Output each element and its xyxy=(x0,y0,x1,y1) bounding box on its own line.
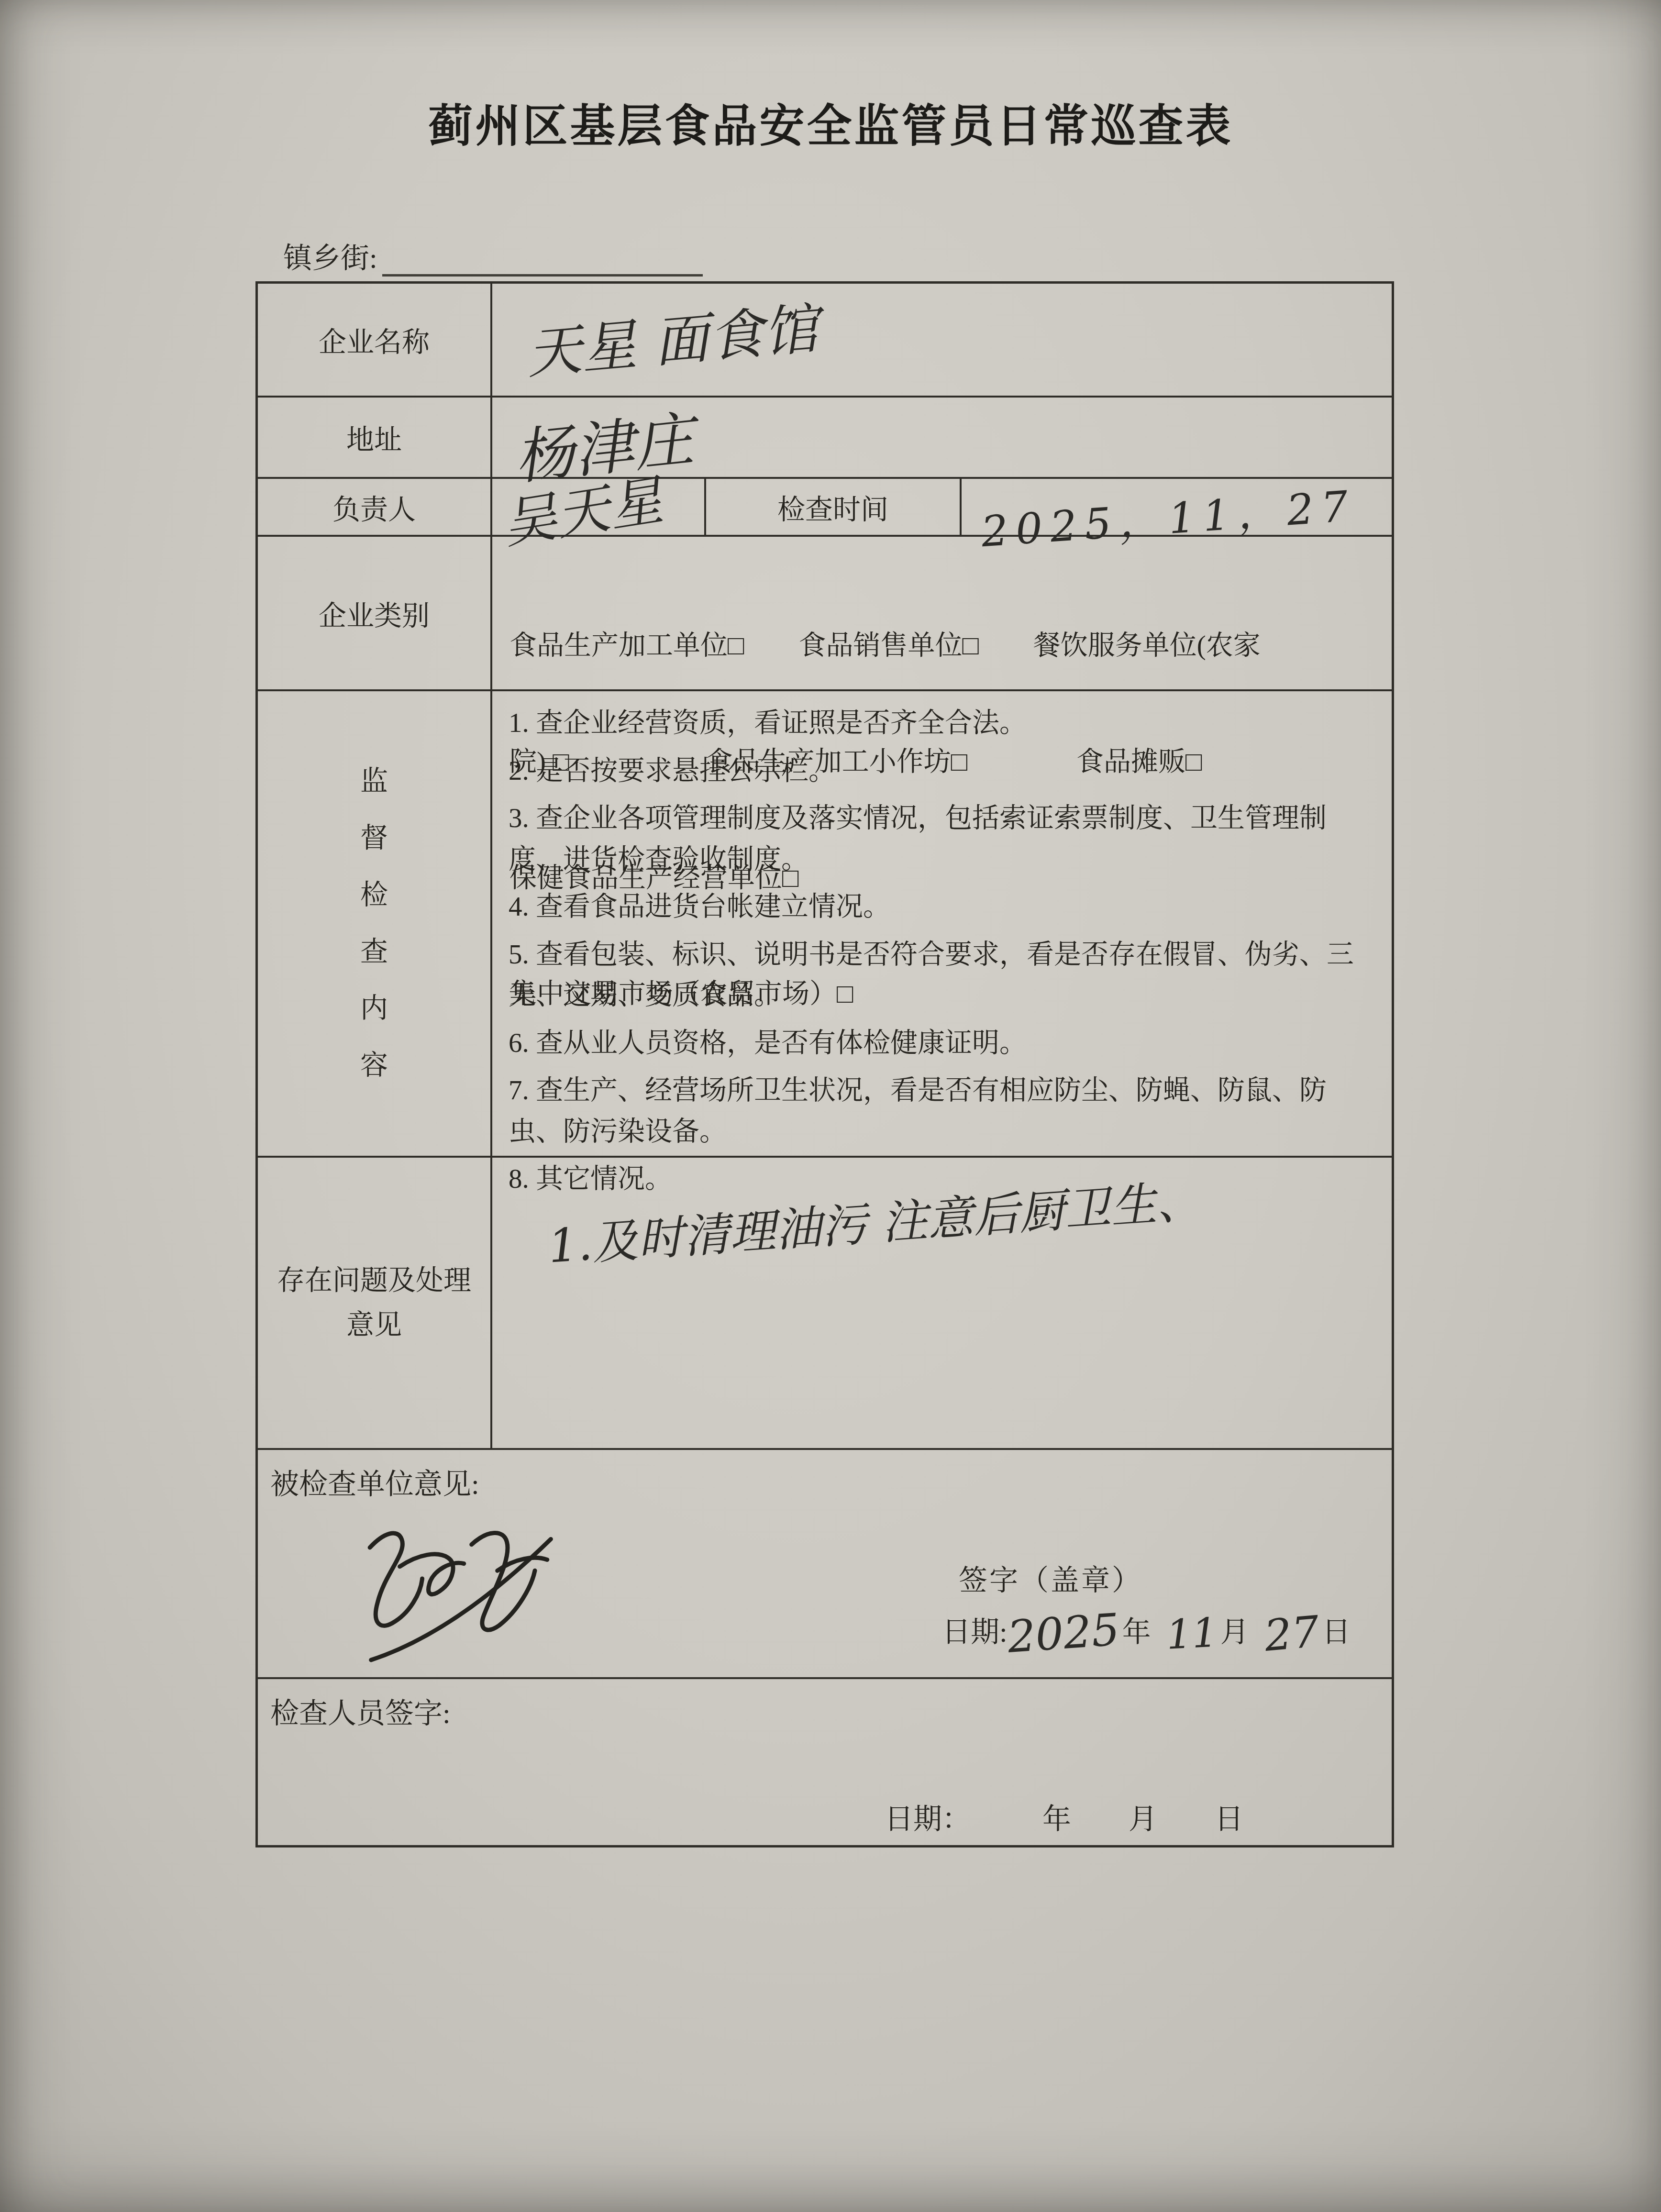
category-label: 企业类别 xyxy=(258,537,492,689)
inspector-label: 检查人员签字: xyxy=(270,1691,451,1732)
town-street-field: 镇乡街: xyxy=(283,235,703,276)
supervision-item-7: 7. 查生产、经营场所卫生状况，看是否有相应防尘、防蝇、防鼠、防虫、防污染设备。 xyxy=(509,1070,1379,1152)
supervision-item-4: 4. 查看食品进货台帐建立情况。 xyxy=(509,886,1379,928)
unit-opinion-date: 日期:2025年11月27日 xyxy=(942,1608,1357,1659)
row-unit-opinion: 被检查单位意见: 签字（盖章） 日期:2025年11月27日 xyxy=(258,1448,1392,1677)
date-day-handwritten: 27 xyxy=(1262,1606,1321,1661)
address-label: 地址 xyxy=(258,398,492,477)
row-problems: 存在问题及处理 意见 1.及时清理油污 注意后厨卫生、 xyxy=(258,1156,1392,1448)
form-table: 企业名称 天星 面食馆 地址 杨津庄 负责人 吴天星 检查时间 2025，11，… xyxy=(255,281,1394,1847)
town-street-label: 镇乡街: xyxy=(283,243,377,274)
check-time-value-cell: 2025，11，27 xyxy=(962,479,1392,535)
date-label: 日期: xyxy=(942,1616,1008,1648)
supervision-item-3: 3. 查企业各项管理制度及落实情况，包括索证索票制度、卫生管理制度、进货检查验收… xyxy=(509,798,1379,880)
category-line-1: 食品生产加工单位□ 食品销售单位□ 餐饮服务单位(农家 xyxy=(509,627,1383,665)
problems-label: 存在问题及处理 意见 xyxy=(258,1158,492,1448)
unit-opinion-cell: 被检查单位意见: 签字（盖章） 日期:2025年11月27日 xyxy=(258,1450,1392,1677)
inspector-date-line: 日期： 年 月 日 xyxy=(885,1796,1243,1837)
check-time-label: 检查时间 xyxy=(706,479,962,535)
supervision-items: 1. 查企业经营资质，看证照是否齐全合法。 2. 是否按要求悬挂公示栏。 3. … xyxy=(492,691,1392,1156)
problems-label-text: 存在问题及处理 意见 xyxy=(277,1259,471,1348)
supervision-label-text: 监 督 检 查 内 容 xyxy=(360,753,388,1094)
handwritten-signature xyxy=(321,1481,587,1678)
manager-label: 负责人 xyxy=(258,479,492,535)
row-supervision: 监 督 检 查 内 容 1. 查企业经营资质，看证照是否齐全合法。 2. 是否按… xyxy=(258,689,1392,1156)
company-name-handwritten: 天星 面食馆 xyxy=(523,285,821,389)
row-manager: 负责人 吴天星 检查时间 2025，11，27 xyxy=(258,477,1392,535)
sign-stamp-label: 签字（盖章） xyxy=(959,1558,1142,1599)
problems-handwritten: 1.及时清理油污 注意后厨卫生、 xyxy=(546,1164,1204,1275)
supervision-item-5: 5. 查看包装、标识、说明书是否符合要求，看是否存在假冒、伪劣、三无、过期、变质… xyxy=(509,934,1379,1016)
date-month-handwritten: 11 xyxy=(1165,1609,1218,1658)
supervision-item-6: 6. 查从业人员资格，是否有体检健康证明。 xyxy=(509,1023,1379,1064)
year-unit: 年 xyxy=(1122,1616,1151,1648)
month-unit: 月 xyxy=(1220,1616,1249,1648)
category-options: 食品生产加工单位□ 食品销售单位□ 餐饮服务单位(农家 院) □ 食品生产加工小… xyxy=(492,537,1392,689)
company-name-value-cell: 天星 面食馆 xyxy=(492,284,1392,396)
supervision-label: 监 督 检 查 内 容 xyxy=(258,691,492,1156)
manager-value-cell: 吴天星 xyxy=(492,479,706,535)
date-year-handwritten: 2025 xyxy=(1006,1604,1121,1663)
day-unit: 日 xyxy=(1322,1616,1351,1648)
problems-value-cell: 1.及时清理油污 注意后厨卫生、 xyxy=(492,1158,1392,1448)
row-inspector: 检查人员签字: 日期： 年 月 日 xyxy=(258,1677,1392,1850)
supervision-item-1: 1. 查企业经营资质，看证照是否齐全合法。 xyxy=(509,703,1379,744)
photo-background: 蓟州区基层食品安全监管员日常巡查表 镇乡街: 企业名称 天星 面食馆 地址 杨津… xyxy=(0,0,1661,2212)
row-address: 地址 杨津庄 xyxy=(258,396,1392,477)
row-category: 企业类别 食品生产加工单位□ 食品销售单位□ 餐饮服务单位(农家 院) □ 食品… xyxy=(258,535,1392,689)
supervision-item-2: 2. 是否按要求悬挂公示栏。 xyxy=(509,751,1379,792)
town-street-blank xyxy=(382,243,703,276)
company-name-label: 企业名称 xyxy=(258,284,492,396)
page-title: 蓟州区基层食品安全监管员日常巡查表 xyxy=(0,90,1661,155)
row-company: 企业名称 天星 面食馆 xyxy=(258,284,1392,396)
inspector-cell: 检查人员签字: 日期： 年 月 日 xyxy=(258,1679,1392,1850)
